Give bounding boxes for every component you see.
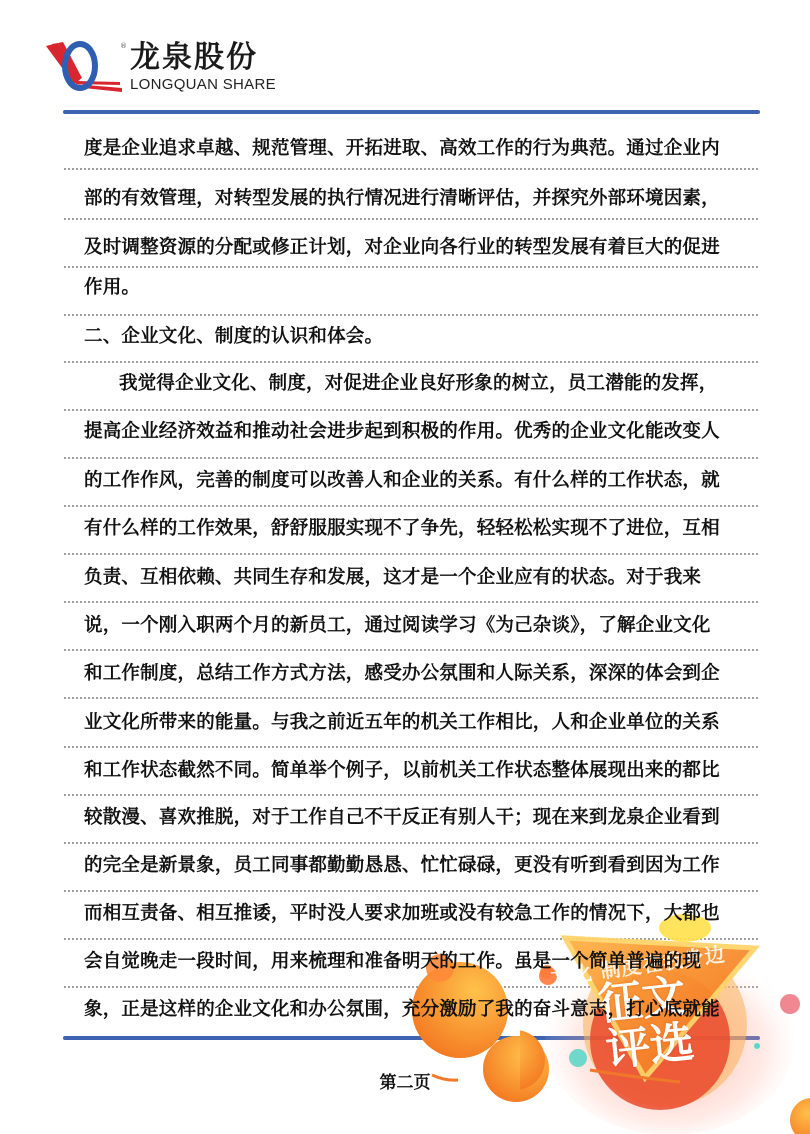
dotted-divider (63, 649, 760, 651)
logo-english-name: LONGQUAN SHARE (130, 76, 276, 93)
dotted-divider (63, 314, 760, 316)
dotted-divider (63, 266, 760, 268)
registered-mark: ® (120, 42, 127, 50)
text-line: 象，正是这样的企业文化和办公氛围，充分激励了我的奋斗意志，打心底就能 (84, 997, 744, 1023)
text-line: 和工作状态截然不同。简单举个例子，以前机关工作状态整体展现出来的都比 (84, 758, 744, 784)
dotted-divider (63, 794, 760, 796)
text-line: 业文化所带来的能量。与我之前近五年的机关工作相比，人和企业单位的关系 (84, 710, 744, 736)
dotted-divider (63, 986, 760, 988)
dotted-divider (63, 218, 760, 220)
dotted-divider (63, 505, 760, 507)
text-line: 和工作制度，总结工作方式方法，感受办公氛围和人际关系，深深的体会到企 (84, 661, 744, 687)
text-line: 及时调整资源的分配或修正计划，对企业向各行业的转型发展有着巨大的促进 (84, 235, 744, 261)
dotted-divider (63, 168, 760, 170)
text-line: 会自觉晚走一段时间，用来梳理和准备明天的工作。虽是一个简单普遍的现 (84, 949, 744, 975)
text-line: 的工作作风，完善的制度可以改善人和企业的关系。有什么样的工作状态，就 (84, 468, 744, 494)
dotted-divider (63, 938, 760, 940)
page-number: 第二页 (0, 1068, 810, 1093)
text-line: 有什么样的工作效果，舒舒服服实现不了争先，轻轻松松实现不了进位，互相 (84, 516, 744, 542)
text-line: 作用。 (84, 275, 744, 301)
section-heading: 二、企业文化、制度的认识和体会。 (84, 324, 744, 350)
dotted-divider (63, 697, 760, 699)
text-line: 度是企业追求卓越、规范管理、开拓进取、高效工作的行为典范。通过企业内 (84, 136, 744, 162)
logo-chinese-name: 龙泉股份 (130, 42, 258, 74)
dotted-divider (63, 601, 760, 603)
dotted-divider (63, 361, 760, 363)
text-line: 说，一个刚入职两个月的新员工，通过阅读学习《为己杂谈》，了解企业文化 (84, 613, 744, 639)
dotted-divider (63, 457, 760, 459)
company-logo: ® 龙泉股份 LONGQUAN SHARE (44, 38, 344, 98)
text-line: 我觉得企业文化、制度，对促进企业良好形象的树立，员工潜能的发挥， (119, 371, 779, 397)
text-line: 提高企业经济效益和推动社会进步起到积极的作用。优秀的企业文化能改变人 (84, 419, 744, 445)
text-line: 负责、互相依赖、共同生存和发展，这才是一个企业应有的状态。对于我来 (84, 565, 744, 591)
badge-title-line2: 评选 (604, 1020, 696, 1075)
dotted-divider (63, 553, 760, 555)
dotted-divider (63, 842, 760, 844)
footer-rule (63, 1036, 760, 1040)
header-rule (63, 110, 760, 114)
text-line: 部的有效管理，对转型发展的执行情况进行清晰评估，并探究外部环境因素， (84, 186, 744, 212)
text-line: 较散漫、喜欢推脱，对于工作自己不干反正有别人干；现在来到龙泉企业看到 (84, 805, 744, 831)
dotted-divider (63, 746, 760, 748)
longquan-logo-icon (44, 38, 126, 98)
dotted-divider (63, 890, 760, 892)
text-line: 的完全是新景象，员工同事都勤勤恳恳、忙忙碌碌，更没有听到看到因为工作 (84, 853, 744, 879)
dotted-divider (63, 409, 760, 411)
text-line: 而相互责备、相互推诿，平时没人要求加班或没有较急工作的情况下，大都也 (84, 901, 744, 927)
